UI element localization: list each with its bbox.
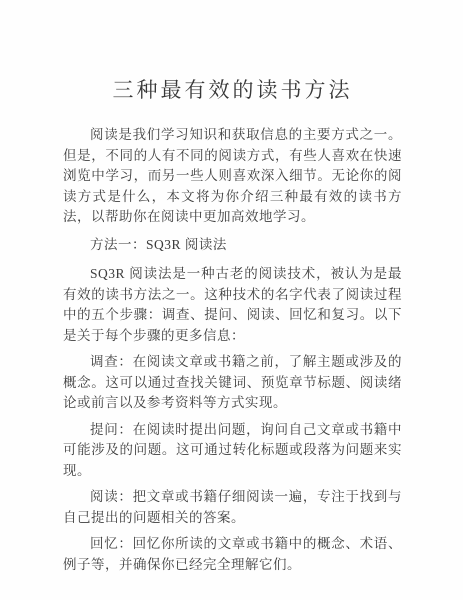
document-title: 三种最有效的读书方法 <box>63 74 402 104</box>
paragraph-survey: 调查：在阅读文章或书籍之前，了解主题或涉及的概念。这可以通过查找关键词、预览章节… <box>63 352 402 414</box>
paragraph-recall: 回忆：回忆你所读的文章或书籍中的概念、术语、例子等，并确保你已经完全理解它们。 <box>63 534 402 575</box>
document-page: 三种最有效的读书方法 阅读是我们学习知识和获取信息的主要方式之一。但是，不同的人… <box>0 0 463 600</box>
section-heading-method-1: 方法一：SQ3R 阅读法 <box>63 235 402 256</box>
paragraph-read: 阅读：把文章或书籍仔细阅读一遍，专注于找到与自己提出的问题相关的答案。 <box>63 487 402 528</box>
paragraph-sq3r-overview: SQ3R 阅读法是一种古老的阅读技术，被认为是最有效的读书方法之一。这种技术的名… <box>63 264 402 346</box>
paragraph-intro: 阅读是我们学习知识和获取信息的主要方式之一。但是，不同的人有不同的阅读方式，有些… <box>63 125 402 228</box>
paragraph-question: 提问：在阅读时提出问题，询问自己文章或书籍中可能涉及的问题。这可通过转化标题或段… <box>63 420 402 482</box>
